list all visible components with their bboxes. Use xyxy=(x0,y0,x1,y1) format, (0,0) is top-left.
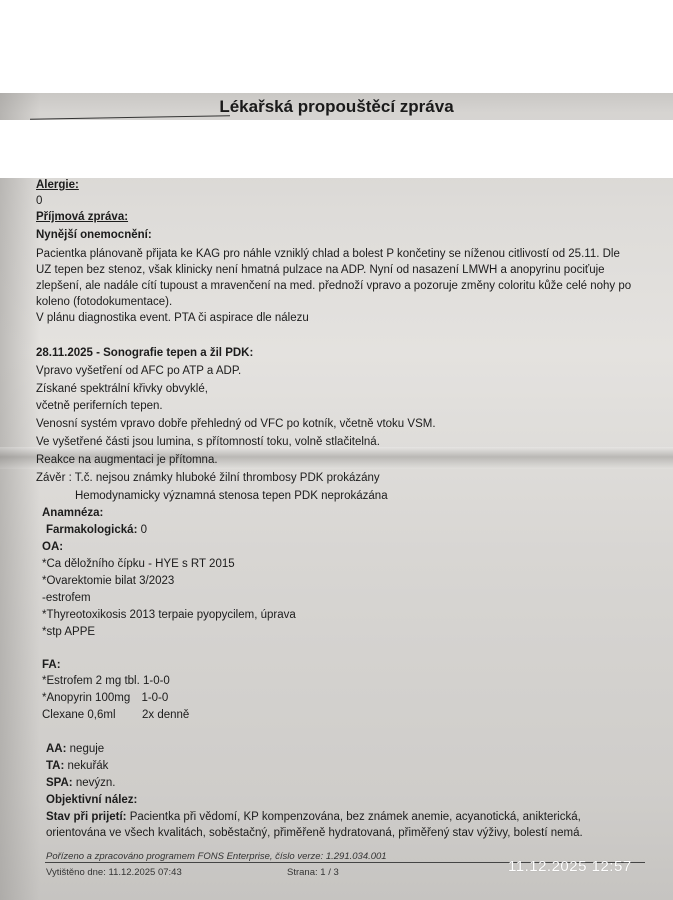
fa-label: FA: xyxy=(42,657,61,673)
zaver-line: Závěr : T.č. nejsou známky hluboké žilní… xyxy=(36,470,380,486)
oa-label: OA: xyxy=(42,539,63,555)
alergie-label: Alergie: xyxy=(36,177,79,193)
aa-value: neguje xyxy=(70,743,105,755)
oa-item: *stp APPE xyxy=(42,624,95,640)
farmakologicka-line: Farmakologická: 0 xyxy=(46,522,147,538)
ta-value: nekuřák xyxy=(68,760,109,772)
footer-page: Strana: 1 / 3 xyxy=(287,865,339,881)
objektivni-nalez-label: Objektivní nález: xyxy=(46,792,137,808)
footer-printed: Vytištěno dne: 11.12.2025 07:43 xyxy=(46,865,182,881)
spa-label: SPA: xyxy=(46,777,73,789)
sonografie-line: Ve vyšetřené části jsou lumina, s přítom… xyxy=(36,434,380,450)
ta-label: TA: xyxy=(46,760,64,772)
sonografie-line: Získané spektrální křivky obvyklé, xyxy=(36,381,208,397)
ta-line: TA: nekuřák xyxy=(46,758,108,774)
nynejsi-onemocneni-text: Pacientka plánovaně přijata ke KAG pro n… xyxy=(36,246,636,310)
aa-line: AA: neguje xyxy=(46,741,104,757)
spa-line: SPA: nevýzn. xyxy=(46,775,115,791)
oa-item: *Thyreotoxikosis 2013 terpaie pyopycilem… xyxy=(42,607,296,623)
stav-pri-prijeti: Stav při prijetí: Pacientka při vědomí, … xyxy=(46,809,626,841)
fa-item: *Estrofem 2 mg tbl. 1-0-0 xyxy=(42,673,170,689)
oa-item: *Ovarektomie bilat 3/2023 xyxy=(42,573,174,589)
alergie-value: 0 xyxy=(36,193,42,209)
sonografie-line: včetně periferních tepen. xyxy=(36,398,163,414)
nynejsi-onemocneni-label: Nynější onemocnění: xyxy=(36,227,152,243)
stav-text: Pacientka při vědomí, KP kompenzována, b… xyxy=(46,811,583,839)
spa-value: nevýzn. xyxy=(76,777,116,789)
stav-label: Stav při prijetí: xyxy=(46,811,127,823)
oa-item: *Ca děložního čípku - HYE s RT 2015 xyxy=(42,556,235,572)
zaver-label: Závěr : xyxy=(36,472,72,484)
sonografie-line: Vpravo vyšetření od AFC po ATP a ADP. xyxy=(36,363,241,379)
oa-item: -estrofem xyxy=(42,590,91,606)
fa-item: Clexane 0,6ml 2x denně xyxy=(42,707,116,723)
zaver-text-1: T.č. nejsou známky hluboké žilní thrombo… xyxy=(75,472,380,484)
redacted-area xyxy=(0,120,673,178)
anamneza-label: Anamnéza: xyxy=(42,505,103,521)
prijmova-zprava-label: Příjmová zpráva: xyxy=(36,209,128,225)
fa-drug: Clexane 0,6ml xyxy=(42,709,116,721)
photo-background-top xyxy=(0,0,673,93)
plan-text: V plánu diagnostika event. PTA či aspira… xyxy=(36,310,309,326)
fa-dose: 1-0-0 xyxy=(141,692,168,704)
fa-item: *Anopyrin 100mg 1-0-0 xyxy=(42,690,168,706)
fa-dose: 2x denně xyxy=(142,707,189,723)
photo-timestamp: 11.12.2025 12:57 xyxy=(508,858,632,875)
aa-label: AA: xyxy=(46,743,66,755)
fa-drug: *Estrofem 2 mg tbl. 1-0-0 xyxy=(42,675,170,687)
farmakologicka-value: 0 xyxy=(141,524,147,536)
sonografie-line: Reakce na augmentaci je přítomna. xyxy=(36,452,218,468)
sonografie-heading: 28.11.2025 - Sonografie tepen a žil PDK: xyxy=(36,345,253,361)
document-title: Lékařská propouštěcí zpráva xyxy=(0,97,673,117)
fa-drug: *Anopyrin 100mg xyxy=(42,692,130,704)
zaver-text-2: Hemodynamicky významná stenosa tepen PDK… xyxy=(75,488,388,504)
sonografie-line: Venosní systém vpravo dobře přehledný od… xyxy=(36,416,436,432)
farmakologicka-label: Farmakologická: xyxy=(46,524,137,536)
